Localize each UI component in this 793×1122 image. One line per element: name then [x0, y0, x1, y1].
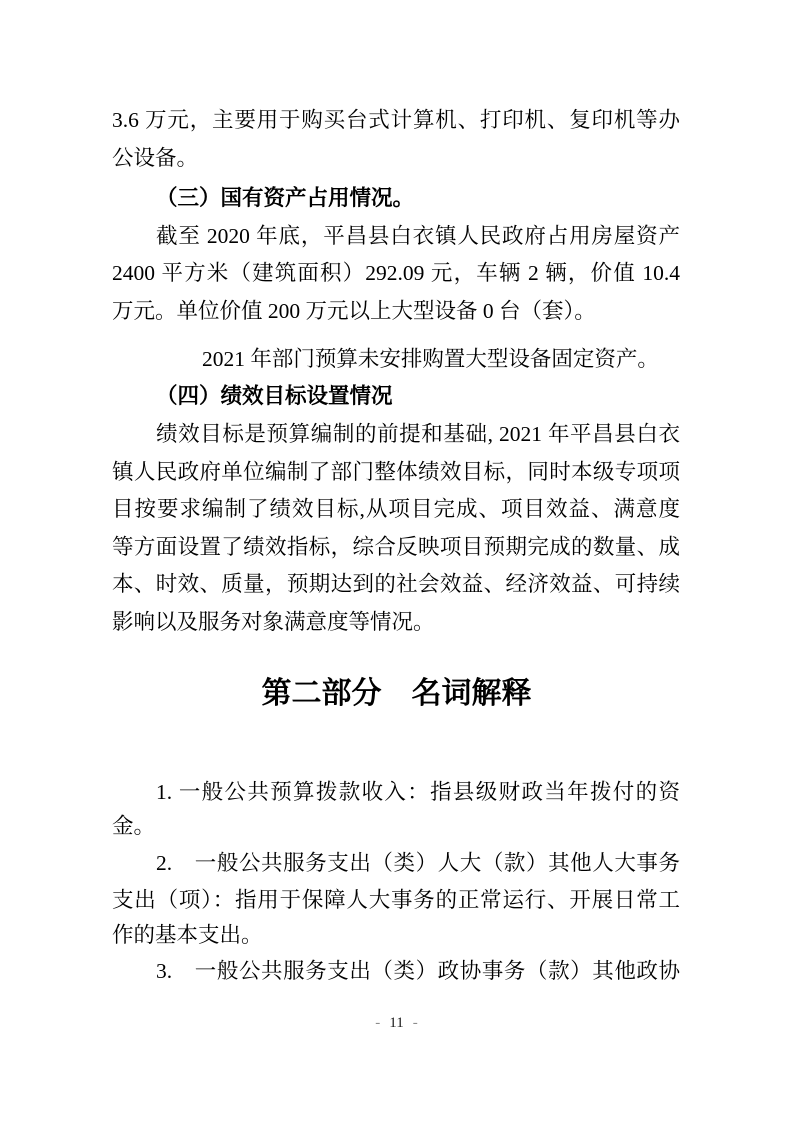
page-footer: -11-	[0, 1014, 793, 1032]
text-line: 绩效目标是预算编制的前提和基础, 2021 年平昌县白衣	[112, 420, 680, 448]
text-line: 截至 2020 年底，平昌县白衣镇人民政府占用房屋资产	[112, 222, 680, 250]
text-line: 目按要求编制了绩效目标,从项目完成、项目效益、满意度	[112, 495, 680, 523]
part2-heading: 第二部分 名词解释	[0, 677, 793, 711]
term-item-1: 1. 一般公共预算拨款收入：指县级财政当年拨付的资	[112, 778, 680, 806]
term-item-2: 2. 一般公共服务支出（类）人大（款）其他人大事务	[112, 849, 680, 877]
text-line: 镇人民政府单位编制了部门整体绩效目标，同时本级专项项	[112, 458, 680, 486]
footer-dash-right: -	[413, 1015, 418, 1031]
document-page: 3.6 万元，主要用于购买台式计算机、打印机、复印机等办 公设备。 （三）国有资…	[0, 0, 793, 1122]
page-number: 11	[389, 1015, 403, 1031]
text-line: 万元。单位价值 200 万元以上大型设备 0 台（套）。	[112, 297, 680, 325]
text-line: 影响以及服务对象满意度等情况。	[112, 608, 680, 636]
text-line: 作的基本支出。	[112, 921, 680, 949]
text-line: 支出（项）：指用于保障人大事务的正常运行、开展日常工	[112, 886, 680, 914]
section-heading-performance-goals: （四）绩效目标设置情况	[112, 382, 680, 410]
text-line: 2400 平方米（建筑面积）292.09 元，车辆 2 辆，价值 10.4	[112, 259, 680, 287]
text-line: 本、时效、质量，预期达到的社会效益、经济效益、可持续	[112, 570, 680, 598]
section-heading-state-assets: （三）国有资产占用情况。	[112, 184, 680, 212]
text-line: 等方面设置了绩效指标，综合反映项目预期完成的数量、成	[112, 533, 680, 561]
footer-dash-left: -	[375, 1015, 380, 1031]
text-line: 2021 年部门预算未安排购置大型设备固定资产。	[112, 345, 680, 373]
text-line: 金。	[112, 812, 680, 840]
text-line: 公设备。	[112, 144, 680, 172]
text-line: 3.6 万元，主要用于购买台式计算机、打印机、复印机等办	[112, 106, 680, 134]
term-item-3: 3. 一般公共服务支出（类）政协事务（款）其他政协	[112, 957, 680, 985]
